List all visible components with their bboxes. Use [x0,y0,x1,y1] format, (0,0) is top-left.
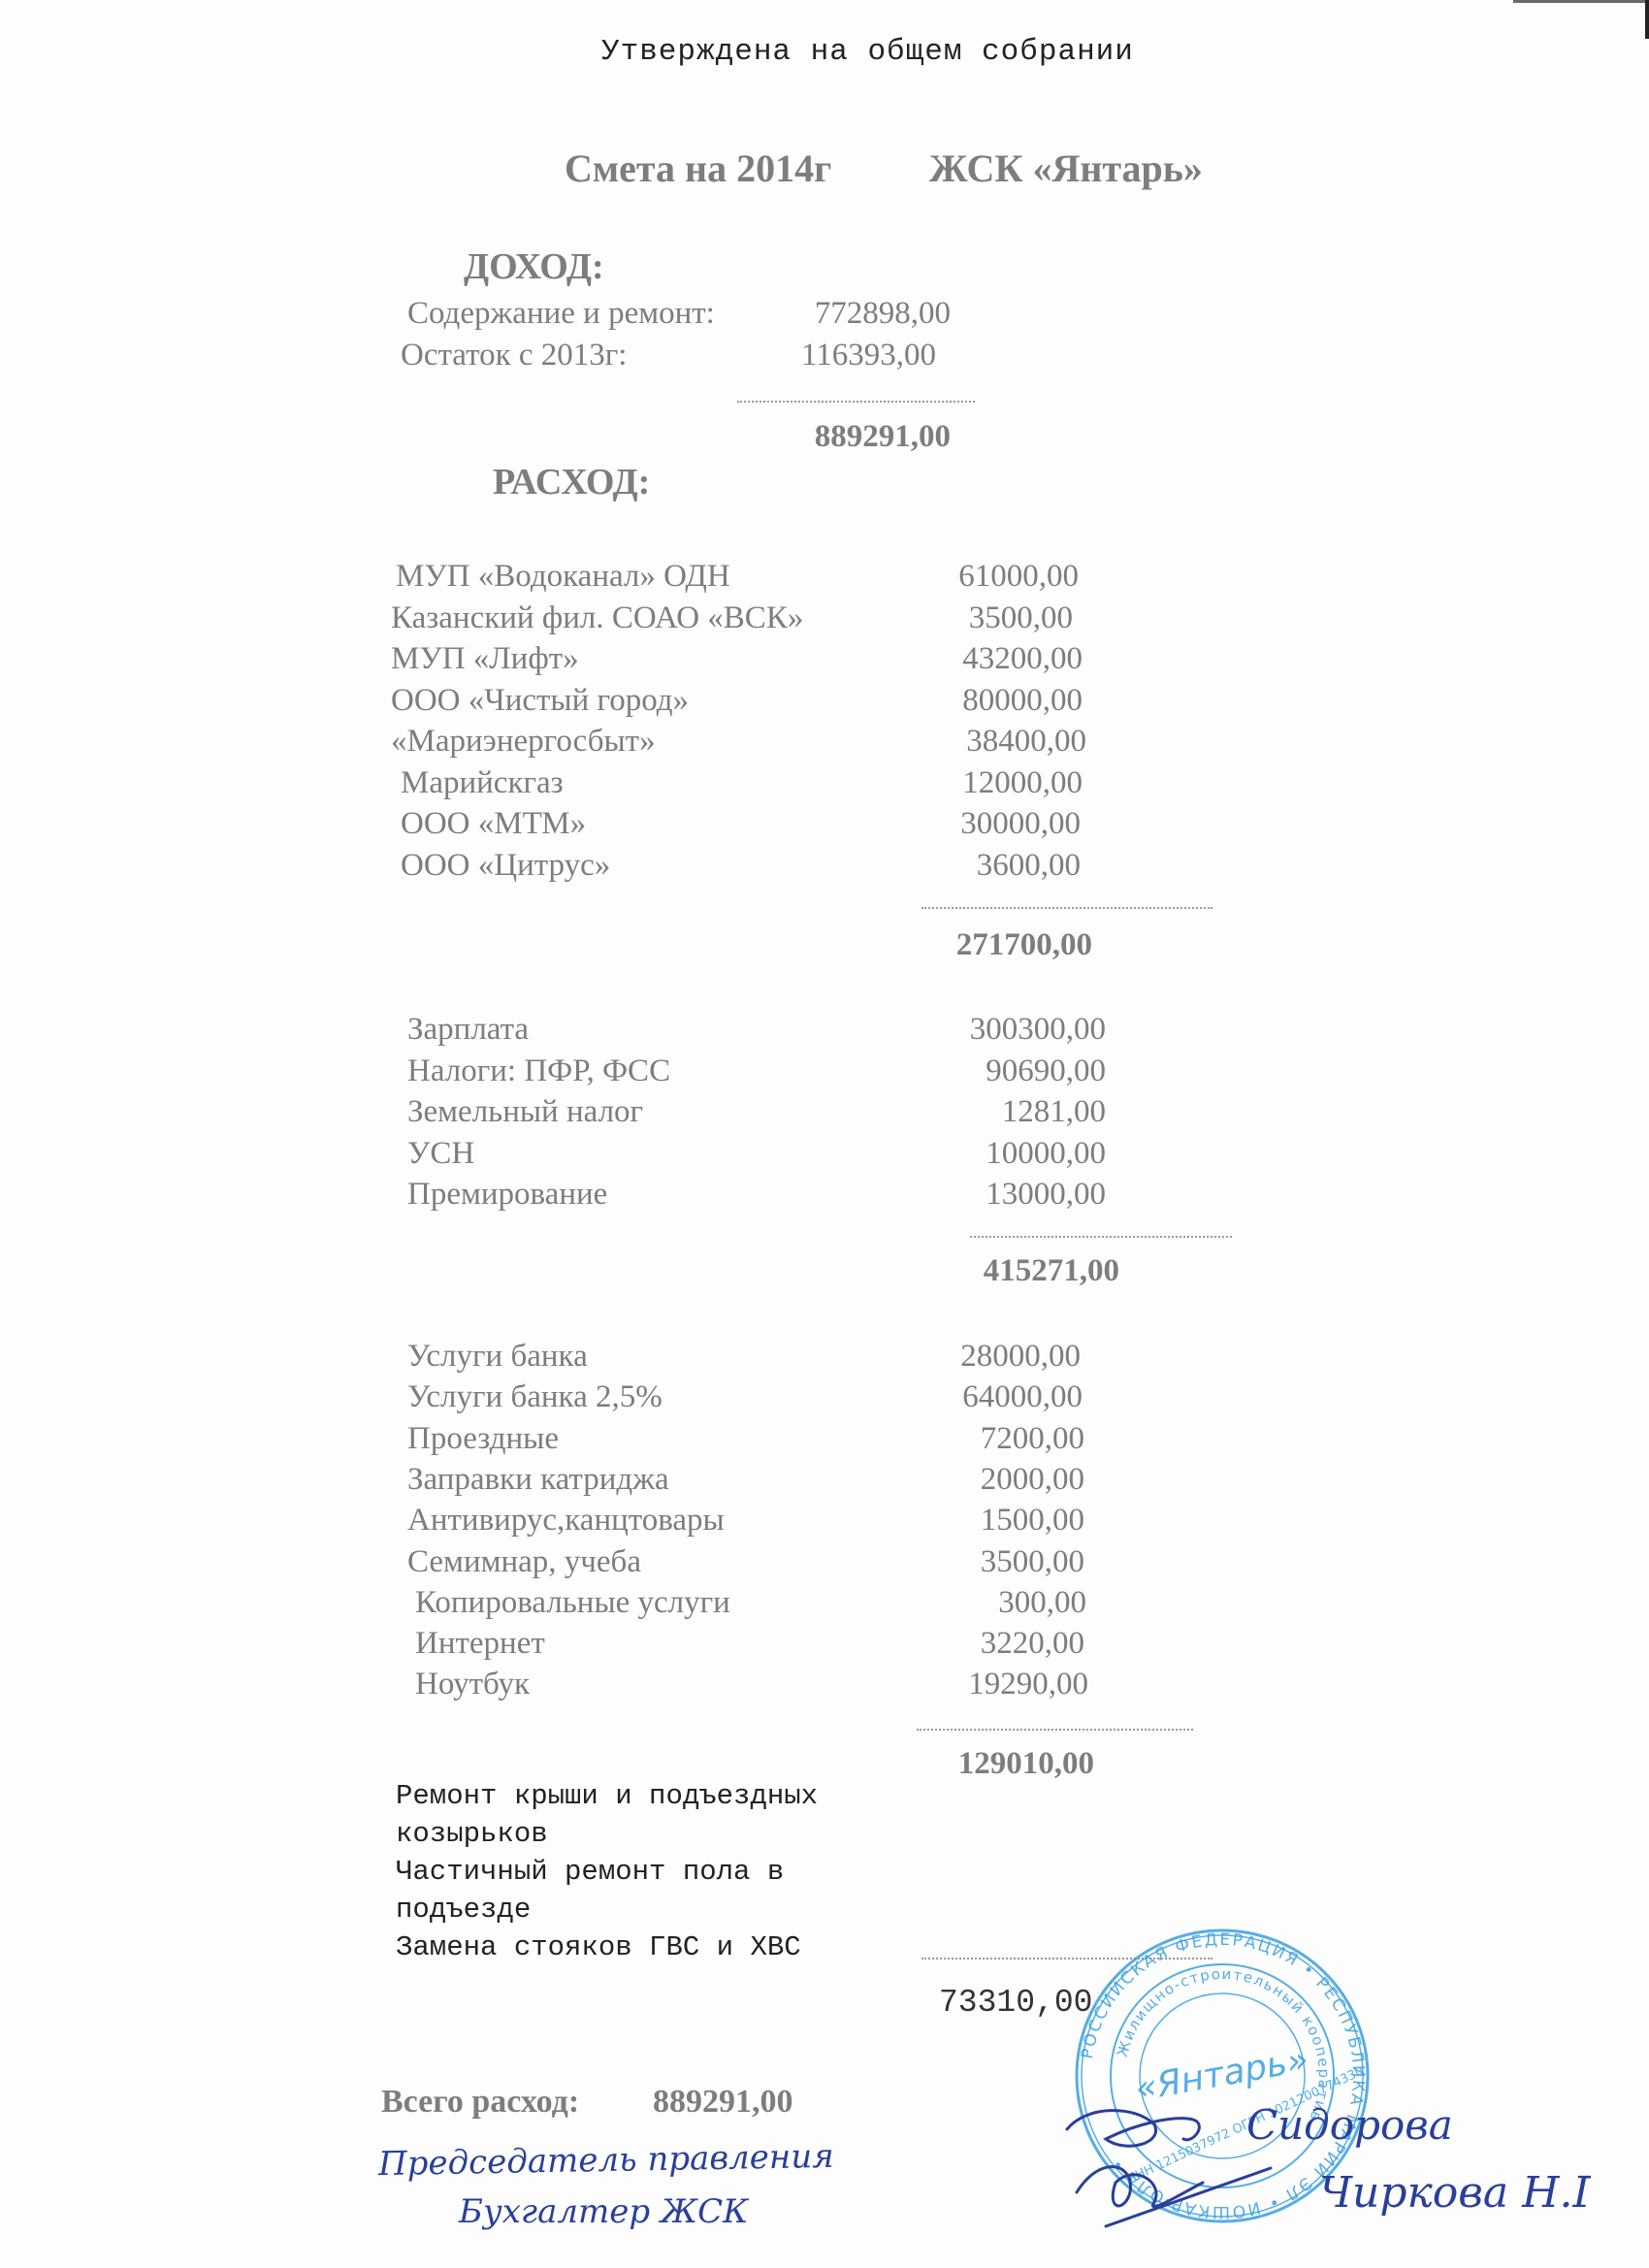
repair-works: Ремонт крыши и подъездных козырьков Част… [396,1777,818,1966]
expense-item-value: 43200,00 [850,641,1083,677]
expense-item-label: Налоги: ПФР, ФСС [407,1053,670,1089]
organization-name: ЖСК «Янтарь» [929,146,1203,191]
expense-group-total: 271700,00 [859,927,1092,963]
expense-item-value: 1500,00 [852,1503,1084,1539]
income-item-label: Содержание и ремонт: [407,296,715,332]
expense-group-total: 415271,00 [887,1253,1119,1289]
expense-item-value: 3220,00 [852,1626,1084,1662]
expense-item-value: 3500,00 [852,1544,1084,1580]
income-item-value: 116393,00 [723,338,936,373]
expense-item-label: «Мариэнергосбыт» [391,724,656,760]
expense-item-label: Услуги банка [407,1339,588,1375]
expense-item-value: 13000,00 [873,1177,1106,1213]
expense-item-label: Услуги банка 2,5% [407,1379,663,1415]
repair-work-line: козырьков [396,1815,818,1853]
expense-item-value: 2000,00 [852,1462,1084,1498]
expense-item-value: 3500,00 [840,600,1073,636]
expense-item-label: МУП «Водоканал» ОДН [396,559,730,595]
expense-item-label: ООО «МТМ» [401,806,586,842]
expense-item-value: 38400,00 [854,724,1086,760]
expense-item-value: 90690,00 [873,1053,1106,1089]
expense-item-value: 3600,00 [848,848,1081,884]
income-item-label: Остаток с 2013г: [401,338,627,373]
expense-item-label: Семимнар, учеба [407,1544,641,1580]
income-total: 889291,00 [737,419,951,455]
expense-item-label: Казанский фил. СОАО «ВСК» [391,600,803,636]
grand-total-label: Всего расход: [381,2084,579,2121]
expense-item-label: Антивирус,канцтовары [407,1503,725,1539]
expense-item-value: 64000,00 [850,1379,1083,1415]
expense-item-label: ООО «Чистый город» [391,683,689,719]
income-item-value: 772898,00 [737,296,951,332]
repair-works-total: 73310,00 [939,1985,1092,2021]
document-title: Смета на 2014г [565,146,831,191]
expense-item-label: Ноутбук [415,1667,530,1702]
sum-divider [737,401,975,403]
expense-item-value: 300,00 [854,1585,1086,1621]
expense-group-total: 129010,00 [861,1746,1094,1782]
signature-icon: Сидорова Чиркова Н.Г [1048,2086,1591,2231]
repair-work-line: Частичный ремонт пола в [396,1853,818,1891]
scan-edge [1645,0,1649,39]
handwritten-position-accountant: Бухгалтер ЖСК [459,2192,748,2231]
handwritten-position-chairman: Председатель правления [378,2137,834,2184]
expense-item-label: Копировальные услуги [415,1585,730,1621]
svg-text:Чиркова Н.Г: Чиркова Н.Г [1319,2168,1591,2218]
expense-item-label: ООО «Цитрус» [401,848,610,884]
expense-item-label: Заправки катриджа [407,1462,669,1498]
approval-note: Утверждена на общем собрании [601,35,1134,69]
repair-work-line: подъезде [396,1891,818,1928]
expense-item-label: Интернет [415,1626,545,1662]
svg-text:Сидорова: Сидорова [1246,2101,1453,2149]
expense-item-value: 61000,00 [846,559,1079,595]
expense-item-value: 12000,00 [850,765,1083,801]
sum-divider [917,1729,1193,1731]
repair-work-line: Ремонт крыши и подъездных [396,1777,818,1815]
expense-item-label: Проездные [407,1421,559,1457]
expense-item-value: 80000,00 [850,683,1083,719]
expense-item-value: 19290,00 [856,1667,1088,1702]
scan-edge [1513,0,1649,3]
expense-heading: РАСХОД: [493,461,650,503]
expense-item-value: 30000,00 [848,806,1081,842]
income-heading: ДОХОД: [464,245,604,288]
expense-item-value: 300300,00 [873,1012,1106,1048]
expense-item-label: Марийскгаз [401,765,564,801]
expense-item-label: МУП «Лифт» [391,641,579,677]
expense-item-label: Земельный налог [407,1094,643,1130]
sum-divider [921,907,1212,909]
expense-item-value: 28000,00 [848,1339,1081,1375]
expense-item-label: Зарплата [407,1012,529,1048]
expense-item-value: 1281,00 [873,1094,1106,1130]
grand-total-value: 889291,00 [653,2084,793,2121]
sum-divider [970,1236,1232,1238]
repair-work-line: Замена стояков ГВС и ХВС [396,1928,818,1966]
scanned-document: Утверждена на общем собрании Смета на 20… [0,0,1649,2268]
expense-item-label: Премирование [407,1177,607,1213]
expense-item-label: УСН [407,1136,474,1172]
expense-item-value: 10000,00 [873,1136,1106,1172]
expense-item-value: 7200,00 [852,1421,1084,1457]
